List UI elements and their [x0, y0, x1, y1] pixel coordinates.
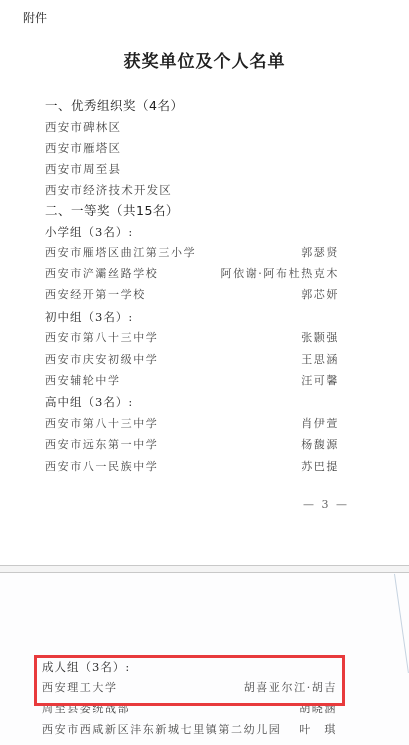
list-item: 西安市碑林区 — [45, 119, 121, 135]
table-row: 西安市雁塔区曲江第三小学 郭瑟贤 — [45, 245, 339, 261]
person-name: 叶 琪 — [299, 722, 337, 738]
list-item: 西安市雁塔区 — [45, 140, 121, 156]
person-name: 汪可馨 — [301, 373, 339, 389]
group-label-primary: 小学组（3名）: — [45, 224, 133, 240]
person-name: 苏巴提 — [301, 459, 339, 475]
highlight-annotation-box — [34, 655, 345, 706]
unit-name: 西安经开第一学校 — [45, 287, 146, 303]
unit-name: 西安市第八十三中学 — [45, 416, 158, 432]
group-label-junior: 初中组（3名）: — [45, 309, 133, 325]
unit-name: 西安市第八十三中学 — [45, 330, 158, 346]
table-row: 西安市西咸新区沣东新城七里镇第二幼儿园 叶 琪 — [42, 722, 337, 738]
person-name: 杨馥源 — [301, 437, 339, 453]
table-row: 西安经开第一学校 郭芯妍 — [45, 287, 339, 303]
table-row: 西安市远东第一中学 杨馥源 — [45, 437, 339, 453]
unit-name: 西安市八一民族中学 — [45, 459, 158, 475]
person-name: 郭瑟贤 — [301, 245, 339, 261]
table-row: 西安市浐灞丝路学校 阿依谢·阿布杜热克木 — [45, 266, 339, 282]
unit-name: 周至县委统战部 — [42, 706, 130, 710]
page-number: — 3 — — [303, 498, 349, 511]
person-name: 王思涵 — [301, 352, 339, 368]
list-item: 西安市周至县 — [45, 161, 121, 177]
section-heading-first-prize: 二、一等奖（共15名） — [45, 203, 179, 219]
unit-name: 西安市远东第一中学 — [45, 437, 158, 453]
unit-name: 西安市西咸新区沣东新城七里镇第二幼儿园 — [42, 722, 281, 738]
table-row: 西安市第八十三中学 肖伊萱 — [45, 416, 339, 432]
unit-name: 西安市雁塔区曲江第三小学 — [45, 245, 196, 261]
section-heading-excellent-org: 一、优秀组织奖（4名） — [45, 98, 183, 114]
unit-name: 西安市浐灞丝路学校 — [45, 266, 158, 282]
unit-name: 西安辅轮中学 — [45, 373, 121, 389]
page-title: 获奖单位及个人名单 — [0, 47, 409, 72]
table-row: 西安市八一民族中学 苏巴提 — [45, 459, 339, 475]
table-row-partially-hidden: 周至县委统战部 胡晓涵 — [42, 706, 337, 715]
person-name: 阿依谢·阿布杜热克木 — [221, 266, 340, 282]
unit-name: 西安市庆安初级中学 — [45, 352, 158, 368]
person-name: 张颢强 — [301, 330, 339, 346]
list-item: 西安市经济技术开发区 — [45, 182, 172, 198]
attachment-label: 附件 — [23, 9, 47, 26]
person-name: 肖伊萱 — [301, 416, 339, 432]
table-row: 西安市第八十三中学 张颢强 — [45, 330, 339, 346]
table-row: 西安辅轮中学 汪可馨 — [45, 373, 339, 389]
document-page-3 — [0, 0, 409, 565]
person-name: 胡晓涵 — [299, 706, 337, 710]
table-row: 西安市庆安初级中学 王思涵 — [45, 352, 339, 368]
person-name: 郭芯妍 — [301, 287, 339, 303]
group-label-senior: 高中组（3名）: — [45, 394, 133, 410]
page-divider — [0, 565, 409, 573]
